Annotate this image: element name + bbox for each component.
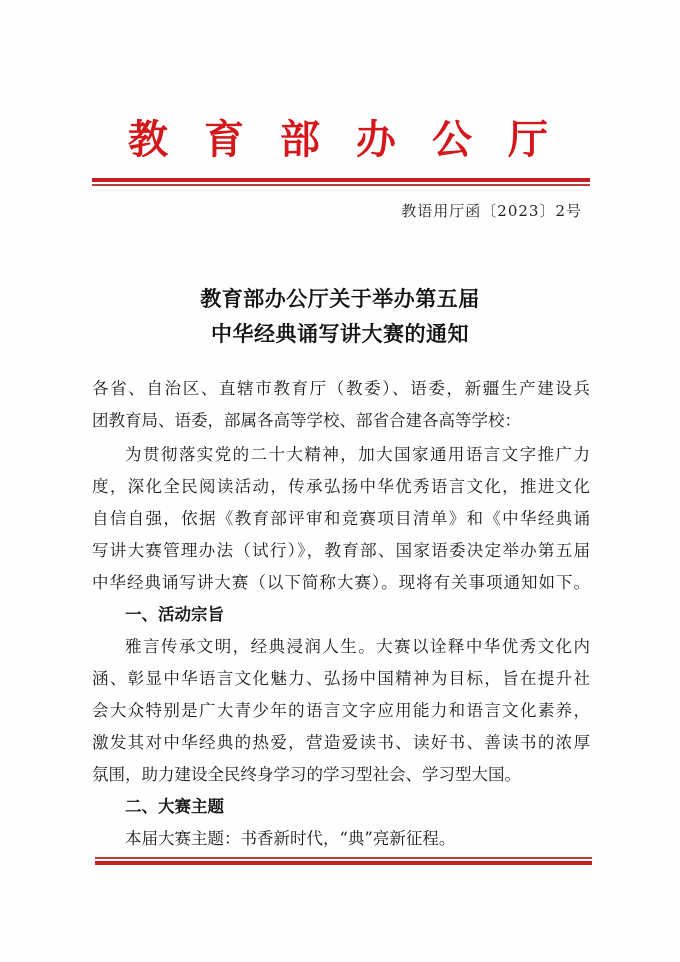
intro-line: 度，深化全民阅读活动，传承弘扬中华优秀语言文化，推进文化 bbox=[92, 479, 590, 496]
masthead-divider-thin bbox=[92, 184, 590, 186]
document-title-line-2: 中华经典诵写讲大赛的通知 bbox=[0, 318, 680, 348]
masthead-char: 部 bbox=[280, 120, 320, 160]
addressee-line: 团教育局、语委，部属各高等学校、部省合建各高等学校： bbox=[92, 413, 590, 430]
document-page: 教 育 部 办 公 厅 教语用厅函〔2023〕2号 教育部办公厅关于举办第五届 … bbox=[0, 0, 680, 962]
section-2-line: 本届大赛主题：书香新时代，“典”亮新征程。 bbox=[92, 831, 590, 848]
masthead-divider-thick bbox=[92, 178, 590, 182]
section-2-heading: 二、大赛主题 bbox=[125, 799, 224, 816]
section-1-line: 会大众特别是广大青少年的语言文字应用能力和语言文化素养， bbox=[92, 703, 590, 720]
masthead: 教 育 部 办 公 厅 bbox=[92, 112, 590, 168]
section-1-line: 涵、彰显中华语言文化魅力、弘扬中国精神为目标，旨在提升社 bbox=[92, 671, 590, 688]
footer-divider-thin bbox=[95, 857, 592, 859]
intro-line: 为贯彻落实党的二十大精神，加大国家通用语言文字推广力 bbox=[92, 447, 590, 464]
masthead-char: 厅 bbox=[508, 120, 548, 160]
intro-line: 中华经典诵写讲大赛（以下简称大赛）。现将有关事项通知如下。 bbox=[92, 575, 590, 592]
section-1-heading: 一、活动宗旨 bbox=[125, 607, 224, 624]
document-number: 教语用厅函〔2023〕2号 bbox=[401, 200, 582, 221]
footer-divider-thick bbox=[95, 861, 592, 865]
masthead-char: 公 bbox=[432, 120, 472, 160]
document-title-line-1: 教育部办公厅关于举办第五届 bbox=[0, 283, 680, 313]
masthead-char: 育 bbox=[204, 120, 244, 160]
intro-line: 写讲大赛管理办法（试行）》，教育部、国家语委决定举办第五届 bbox=[92, 543, 590, 560]
masthead-char: 办 bbox=[356, 120, 396, 160]
intro-line: 自信自强，依据《教育部评审和竞赛项目清单》和《中华经典诵 bbox=[92, 511, 590, 528]
section-1-line: 氛围，助力建设全民终身学习的学习型社会、学习型大国。 bbox=[92, 767, 590, 784]
section-1-line: 雅言传承文明，经典浸润人生。大赛以诠释中华优秀文化内 bbox=[92, 639, 590, 656]
masthead-char: 教 bbox=[128, 120, 168, 160]
section-1-line: 激发其对中华经典的热爱，营造爱读书、读好书、善读书的浓厚 bbox=[92, 735, 590, 752]
addressee-line: 各省、自治区、直辖市教育厅（教委）、语委，新疆生产建设兵 bbox=[92, 381, 590, 398]
